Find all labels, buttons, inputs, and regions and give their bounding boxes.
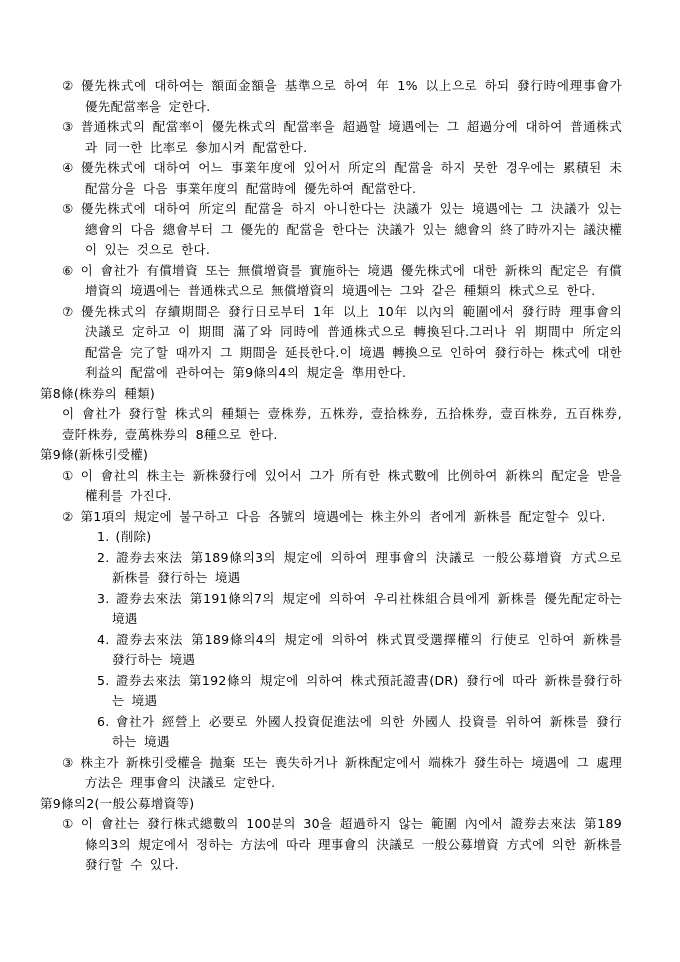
clause-preferred-dividend-rate: ②優先株式에 대하여는 額面金額을 基準으로 하여 年 1% 以上으로 하되 發… [40, 76, 622, 117]
article-9-2-title: 第9條의2(一般公募增資等) [40, 794, 622, 815]
clause-text: 이 會社가 有償增資 또는 無償增資를 實施하는 境遇 優先株式에 대한 新株의… [81, 263, 622, 299]
clause-marker: ③ [62, 755, 74, 770]
clause-forfeited-shares: ③株主가 新株引受權을 抛棄 또는 喪失하거나 新株配定에서 端株가 發生하는 … [40, 753, 622, 794]
sub-item-marker: 5. [97, 673, 110, 688]
clause-preemptive-right: ①이 會社의 株主는 新株發行에 있어서 그가 所有한 株式數에 比例하여 新株… [40, 466, 622, 507]
clause-marker: ② [62, 78, 74, 93]
clause-text: 普通株式의 配當率이 優先株式의 配當率을 超過할 境遇에는 그 超過分에 대하… [81, 119, 622, 155]
clause-marker: ⑥ [62, 263, 74, 278]
clause-text: 優先株式의 存續期間은 發行日로부터 1年 以上 10年 以內의 範圍에서 發行… [81, 304, 622, 381]
sub-item-text: 證券去來法 第189條의3의 規定에 의하여 理事會의 決議로 一般公募增資 方… [112, 550, 622, 586]
article-9-title: 第9條(新株引受權) [40, 445, 622, 466]
clause-text: 優先株式에 대하여 어느 事業年度에 있어서 所定의 配當을 하지 못한 경우에… [81, 160, 622, 196]
clause-text: 이 會社는 發行株式總數의 100분의 30을 超過하지 않는 範圍 內에서 證… [81, 816, 622, 872]
clause-voting-rights: ⑤優先株式에 대하여 所定의 配當을 하지 아니한다는 決議가 있는 境遇에는 … [40, 199, 622, 261]
clause-marker: ② [62, 509, 74, 524]
sub-item-text: 證券去來法 第189條의4의 規定에 의하여 株式買受選擇權의 行使로 인하여 … [112, 632, 622, 668]
sub-item-foreign-investment: 6.會社가 經營上 必要로 外國人投資促進法에 의한 外國人 投資를 위하여 新… [40, 712, 622, 753]
sub-item-stock-option: 4.證券去來法 第189條의4의 規定에 의하여 株式買受選擇權의 行使로 인하… [40, 630, 622, 671]
document-body: ②優先株式에 대하여는 額面金額을 基準으로 하여 年 1% 以上으로 하되 發… [40, 76, 622, 876]
clause-duration-conversion: ⑦優先株式의 存續期間은 發行日로부터 1年 以上 10年 以內의 範圍에서 發… [40, 302, 622, 384]
sub-item-depositary-receipt: 5.證券去來法 第192條의 規定에 의하여 株式預託證書(DR) 發行에 따라… [40, 671, 622, 712]
clause-text: 이 會社의 株主는 新株發行에 있어서 그가 所有한 株式數에 比例하여 新株의… [81, 468, 622, 504]
clause-cumulative-dividend: ④優先株式에 대하여 어느 事業年度에 있어서 所定의 配當을 하지 못한 경우… [40, 158, 622, 199]
clause-text: 株主가 新株引受權을 抛棄 또는 喪失하거나 新株配定에서 端株가 發生하는 境… [81, 755, 622, 791]
clause-third-party-allotment: ②第1項의 規定에 불구하고 다음 各號의 境遇에는 株主外의 者에게 新株를 … [40, 507, 622, 528]
sub-item-marker: 6. [97, 714, 110, 729]
sub-item-text: 證券去來法 第191條의7의 規定에 의하여 우리社株組合員에게 新株를 優先配… [112, 591, 622, 627]
clause-marker: ① [62, 816, 74, 831]
article-8-body: 이 會社가 發行할 株式의 種類는 壹株券, 五株券, 壹拾株券, 五拾株券, … [40, 404, 622, 445]
sub-item-public-offering: 2.證券去來法 第189條의3의 規定에 의하여 理事會의 決議로 一般公募增資… [40, 548, 622, 589]
clause-marker: ① [62, 468, 74, 483]
sub-item-deleted: 1.(削除) [40, 527, 622, 548]
clause-marker: ③ [62, 119, 74, 134]
clause-marker: ④ [62, 160, 74, 175]
sub-item-text: (削除) [116, 529, 152, 544]
clause-text: 優先株式에 대하여 所定의 配當을 하지 아니한다는 決議가 있는 境遇에는 그… [81, 201, 622, 257]
clause-general-public-offering: ①이 會社는 發行株式總數의 100분의 30을 超過하지 않는 範圍 內에서 … [40, 814, 622, 876]
sub-item-esop: 3.證券去來法 第191條의7의 規定에 의하여 우리社株組合員에게 新株를 優… [40, 589, 622, 630]
document-page: ②優先株式에 대하여는 額面金額을 基準으로 하여 年 1% 以上으로 하되 發… [0, 0, 680, 962]
clause-common-dividend-excess: ③普通株式의 配當率이 優先株式의 配當率을 超過할 境遇에는 그 超過分에 대… [40, 117, 622, 158]
clause-text: 第1項의 規定에 불구하고 다음 各號의 境遇에는 株主外의 者에게 新株를 配… [81, 509, 606, 524]
clause-text: 優先株式에 대하여는 額面金額을 基準으로 하여 年 1% 以上으로 하되 發行… [81, 78, 622, 114]
clause-capital-increase: ⑥이 會社가 有償增資 또는 無償增資를 實施하는 境遇 優先株式에 대한 新株… [40, 261, 622, 302]
sub-item-marker: 4. [97, 632, 110, 647]
sub-item-text: 會社가 經營上 必要로 外國人投資促進法에 의한 外國人 投資를 위하여 新株를… [112, 714, 622, 750]
clause-marker: ⑤ [62, 201, 74, 216]
sub-item-marker: 3. [97, 591, 110, 606]
sub-item-text: 證券去來法 第192條의 規定에 의하여 株式預託證書(DR) 發行에 따라 新… [112, 673, 622, 709]
clause-marker: ⑦ [62, 304, 74, 319]
sub-item-marker: 2. [97, 550, 110, 565]
article-8-title: 第8條(株券의 種類) [40, 384, 622, 405]
sub-item-marker: 1. [97, 529, 110, 544]
